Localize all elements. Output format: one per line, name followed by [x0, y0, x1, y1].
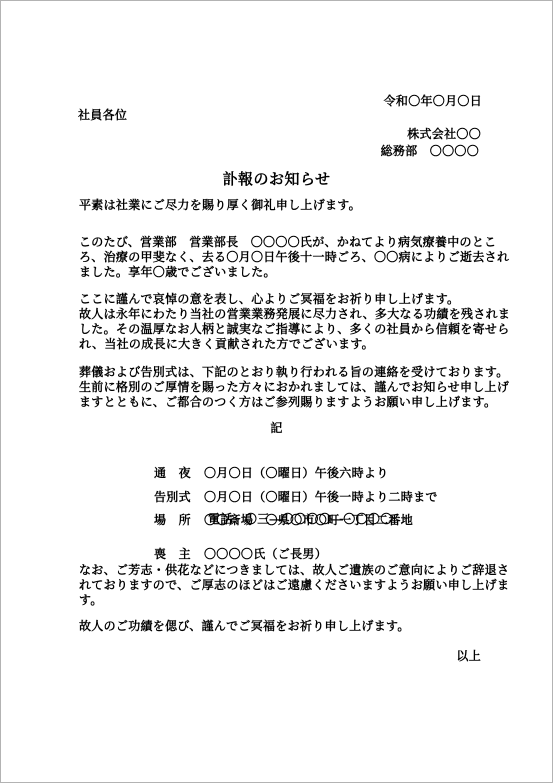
document-date: 令和〇年〇月〇日: [384, 94, 482, 109]
detail-label: 喪 主: [154, 547, 204, 562]
detail-row-chief-mourner: 喪 主〇〇〇〇氏（ご長男）: [154, 532, 327, 562]
detail-label: 場 所: [154, 513, 204, 528]
death-announcement-paragraph: このたび、営業部 営業部長 〇〇〇〇氏が、かねてより病気療養中のとこ ろ、治療の…: [79, 235, 509, 280]
detail-value: 〇〇〇〇氏（ご長男）: [204, 547, 327, 561]
obituary-notice-page: 令和〇年〇月〇日 社員各位 株式会社〇〇 総務部 〇〇〇〇 訃報のお知らせ 平素…: [0, 0, 553, 783]
record-heading: 記: [1, 421, 552, 436]
document-title: 訃報のお知らせ: [1, 171, 552, 189]
declining-offerings-paragraph: なお、ご芳志・供花などにつきましては、故人ご遺族のご意向によりご辞退さ れており…: [79, 563, 509, 608]
funeral-notice-paragraph: 葬儀および告別式は、下記のとおり執り行われる旨の連絡を受けております。 生前に格…: [79, 365, 509, 410]
sender-department: 総務部 〇〇〇〇: [381, 144, 479, 159]
detail-phone-line: 電話 〇三―〇〇〇〇―〇〇〇〇: [208, 512, 393, 527]
greeting-paragraph: 平素は社業にご尽力を賜り厚く御礼申し上げます。: [79, 198, 361, 213]
condolence-paragraph: ここに謹んで哀悼の意を表し、心よりご冥福をお祈り申し上げます。 故人は永年にわた…: [79, 292, 510, 352]
closing-ijou: 以上: [456, 649, 481, 664]
final-condolence-sentence: 故人のご功績を偲び、謹んでご冥福をお祈り申し上げます。: [79, 619, 410, 634]
company-name: 株式会社〇〇: [407, 127, 481, 142]
recipient-line: 社員各位: [78, 108, 127, 123]
